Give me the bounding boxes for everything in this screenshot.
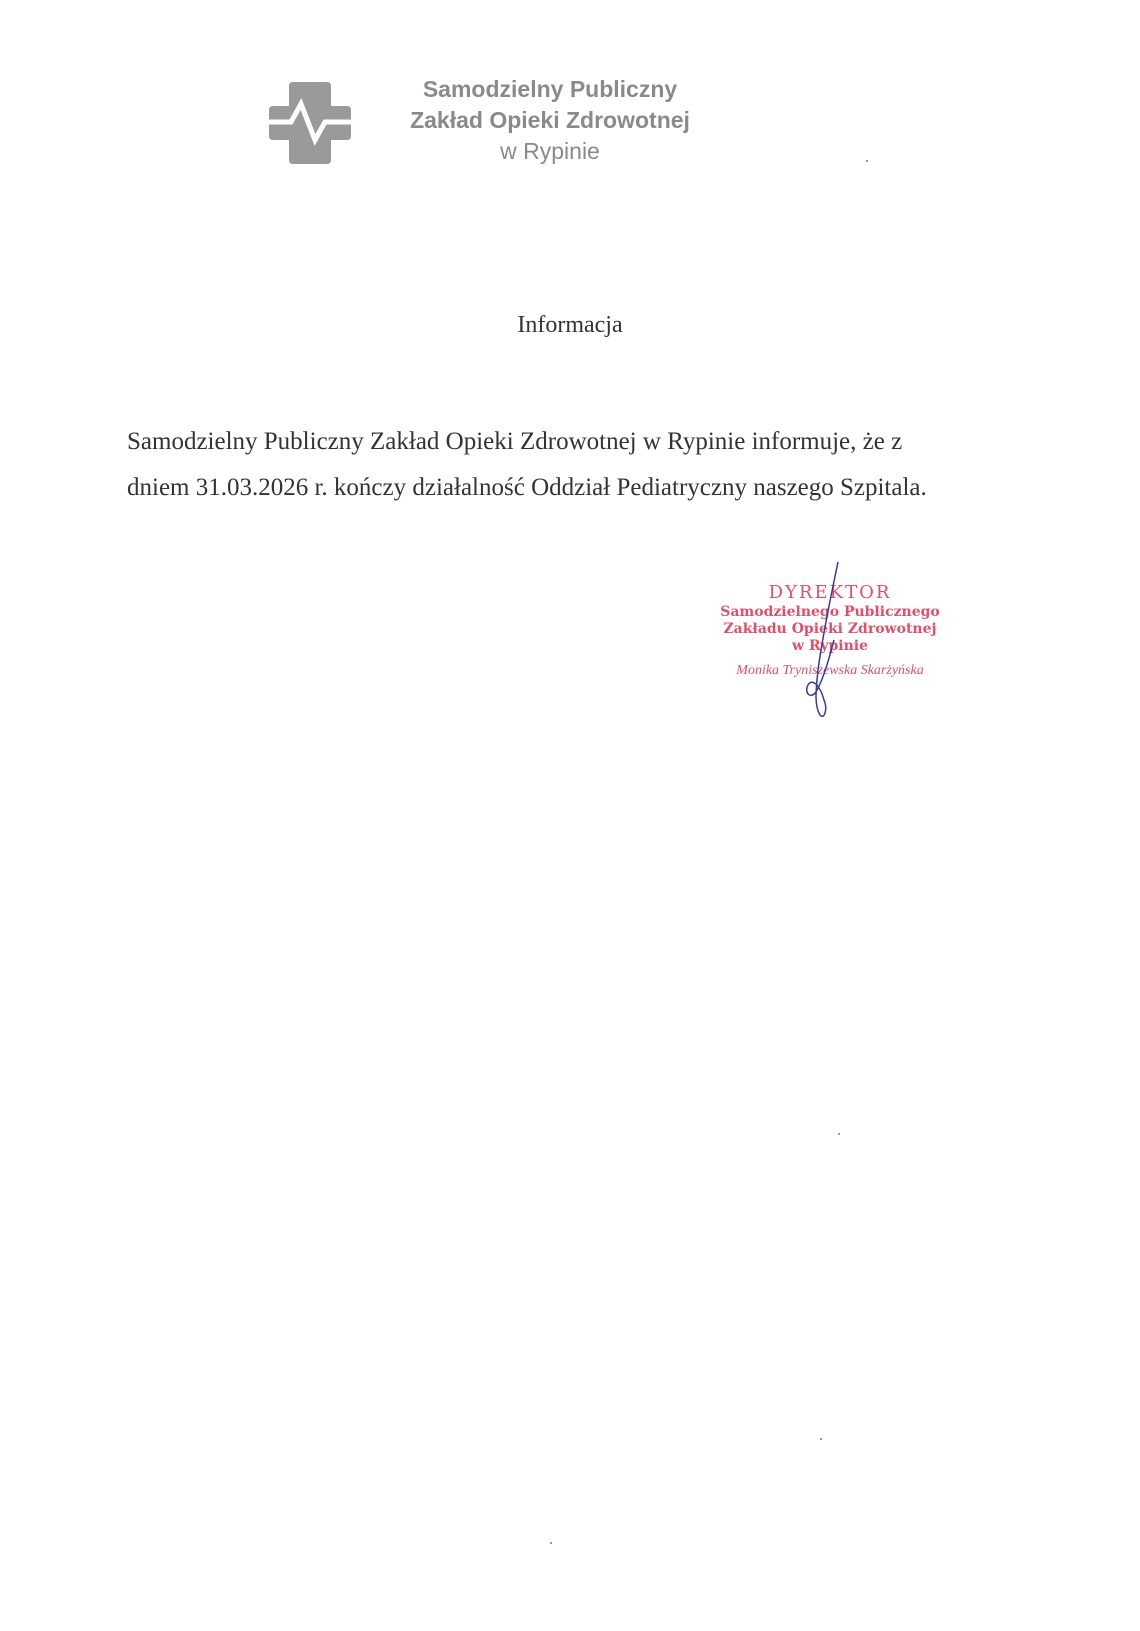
medical-cross-heartbeat-icon: [265, 78, 355, 168]
scan-speck: [820, 1438, 822, 1440]
document-title: Informacja: [0, 312, 1140, 339]
organization-name: Samodzielny Publiczny Zakład Opieki Zdro…: [380, 74, 720, 167]
logo: [265, 78, 355, 168]
scan-speck: [838, 1133, 840, 1135]
signature-icon: [790, 560, 850, 720]
org-line-1: Samodzielny Publiczny: [380, 74, 720, 105]
org-line-3: w Rypinie: [380, 136, 720, 167]
scan-speck: [866, 160, 868, 162]
scan-speck: [550, 1542, 552, 1544]
org-line-2: Zakład Opieki Zdrowotnej: [380, 105, 720, 136]
document-paragraph: Samodzielny Publiczny Zakład Opieki Zdro…: [127, 419, 967, 511]
